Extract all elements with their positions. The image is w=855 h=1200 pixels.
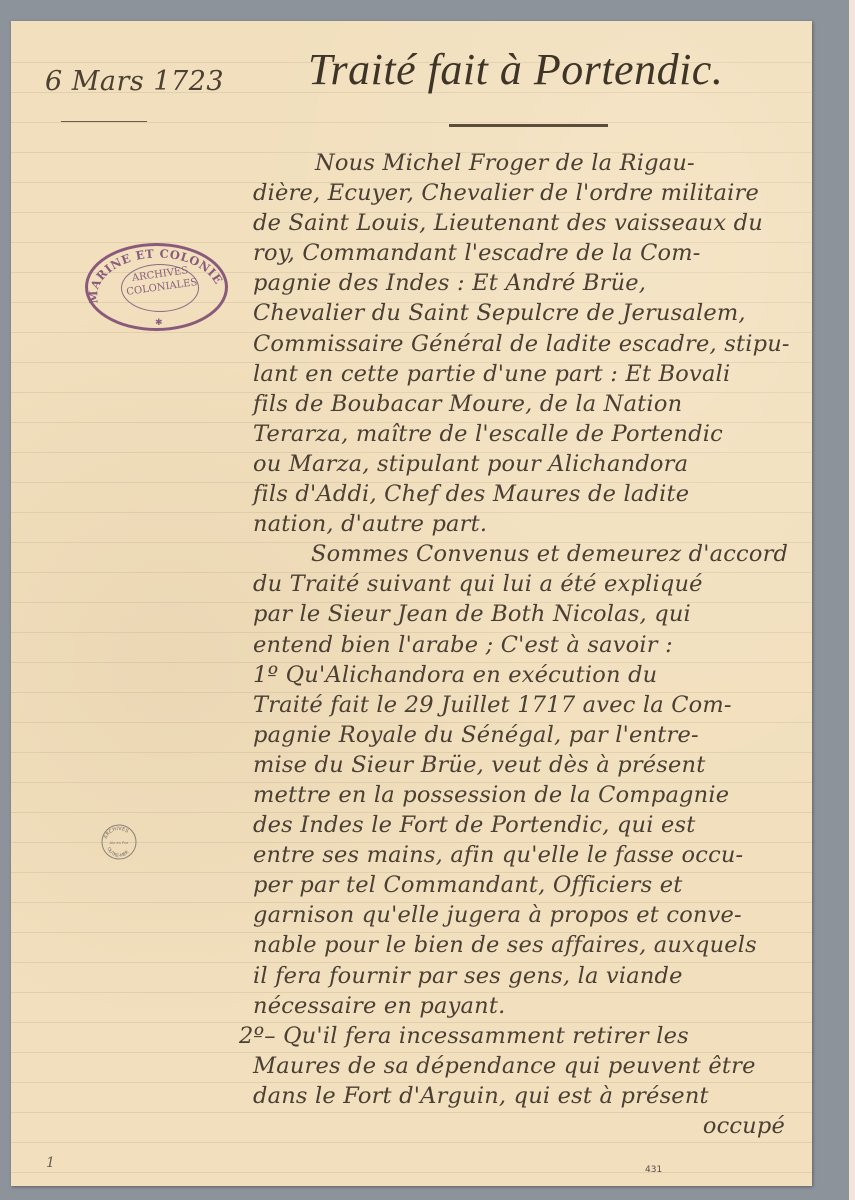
- text-line: 2º– Qu'il fera incessamment retirer les: [239, 1021, 813, 1051]
- text-line: il fera fournir par ses gens, la viande: [253, 961, 813, 991]
- text-line: Nous Michel Froger de la Rigau-: [253, 148, 813, 178]
- treaty-body: Nous Michel Froger de la Rigau- dière, E…: [253, 148, 813, 1141]
- text-line: 1º Qu'Alichandora en exécution du: [253, 660, 813, 690]
- svg-text:ARCHIVES: ARCHIVES: [103, 826, 130, 840]
- text-line: ou Marza, stipulant pour Alichandora: [253, 449, 813, 479]
- small-archive-stamp: ARCHIVES Aix en Pce OUTRE-MER: [100, 823, 138, 861]
- catchword-line: occupé: [253, 1111, 813, 1141]
- text-line: fils de Boubacar Moure, de la Nation: [253, 389, 813, 419]
- text-line: dans le Fort d'Arguin, qui est à présent: [253, 1081, 813, 1111]
- margin-date: 6 Mars 1723: [45, 66, 224, 97]
- text-line: Terarza, maître de l'escalle de Portendi…: [253, 419, 813, 449]
- text-line: nable pour le bien de ses affaires, auxq…: [253, 930, 813, 960]
- text-line: nation, d'autre part.: [253, 509, 813, 539]
- text-line: garnison qu'elle jugera à propos et conv…: [253, 900, 813, 930]
- document-title: Traité fait à Portendic.: [308, 44, 723, 95]
- text-line: nécessaire en payant.: [253, 991, 813, 1021]
- text-line: Chevalier du Saint Sepulcre de Jerusalem…: [253, 298, 813, 328]
- text-line: Sommes Convenus et demeurez d'accord: [253, 539, 813, 569]
- text-line: fils d'Addi, Chef des Maures de ladite: [253, 479, 813, 509]
- text-line: per par tel Commandant, Officiers et: [253, 870, 813, 900]
- scanner-edge-strip: [849, 0, 855, 1200]
- folio-number: 431: [645, 1165, 662, 1175]
- date-underline: [61, 121, 147, 122]
- text-line: lant en cette partie d'une part : Et Bov…: [253, 359, 813, 389]
- text-line: mise du Sieur Brüe, veut dès à présent: [253, 750, 813, 780]
- text-line: des Indes le Fort de Portendic, qui est: [253, 810, 813, 840]
- text-line: entre ses mains, afin qu'elle le fasse o…: [253, 840, 813, 870]
- text-line: par le Sieur Jean de Both Nicolas, qui: [253, 599, 813, 629]
- text-line: de Saint Louis, Lieutenant des vaisseaux…: [253, 208, 813, 238]
- margin-page-number: 1: [46, 1155, 55, 1171]
- stamp-star-icon: ✱: [155, 318, 163, 328]
- text-line: entend bien l'arabe ; C'est à savoir :: [253, 630, 813, 660]
- text-line: mettre en la possession de la Compagnie: [253, 780, 813, 810]
- text-line: roy, Commandant l'escadre de la Com-: [253, 238, 813, 268]
- text-line: dière, Ecuyer, Chevalier de l'ordre mili…: [253, 178, 813, 208]
- small-stamp-middle-text: Aix en Pce: [110, 841, 130, 845]
- text-line: Maures de sa dépendance qui peuvent être: [253, 1051, 813, 1081]
- text-line: pagnie Royale du Sénégal, par l'entre-: [253, 720, 813, 750]
- text-line: Commissaire Général de ladite escadre, s…: [253, 329, 813, 359]
- text-line: du Traité suivant qui lui a été expliqué: [253, 569, 813, 599]
- text-line: pagnie des Indes : Et André Brüe,: [253, 268, 813, 298]
- text-line: Traité fait le 29 Juillet 1717 avec la C…: [253, 690, 813, 720]
- title-underline: [449, 124, 608, 127]
- small-stamp-top-text: ARCHIVES: [103, 826, 130, 840]
